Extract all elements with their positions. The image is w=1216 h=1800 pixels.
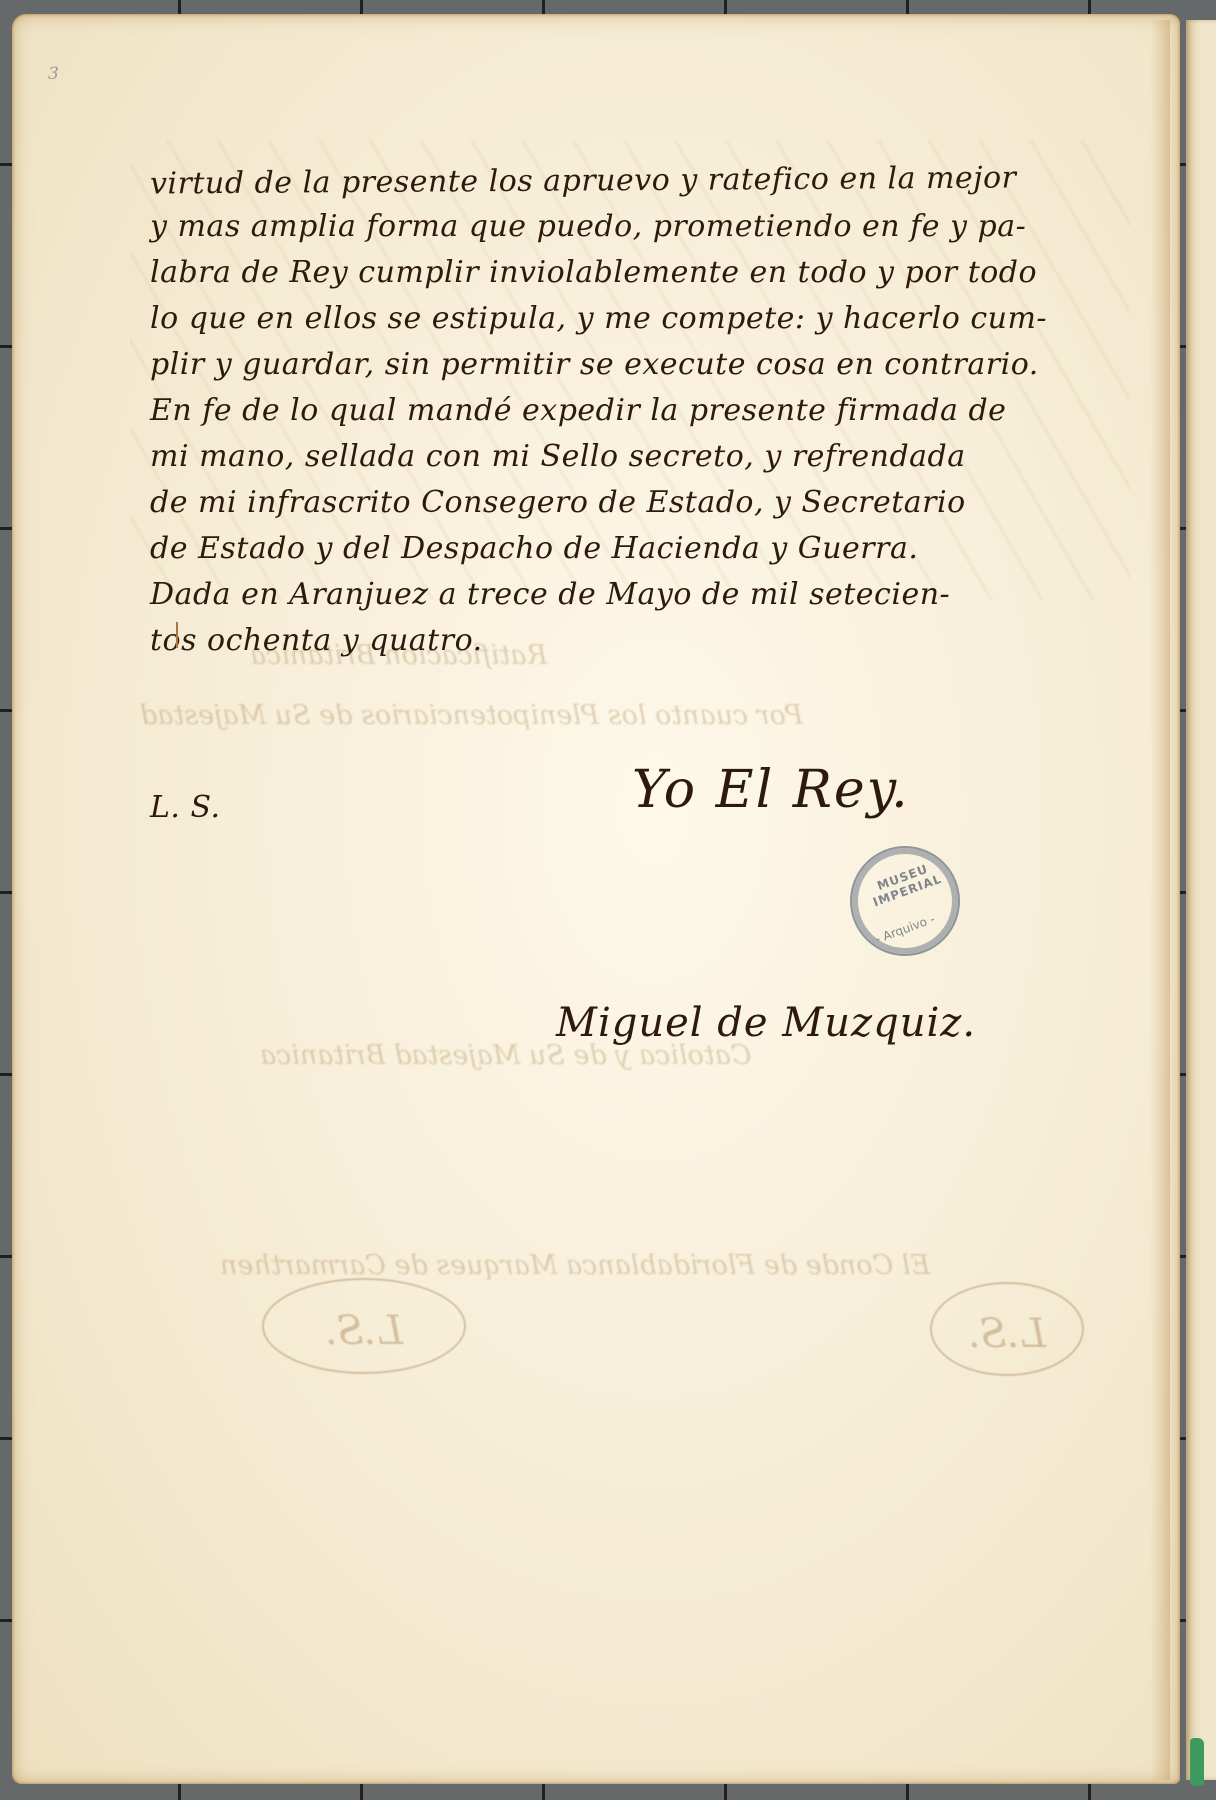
museum-archive-stamp: MUSEU IMPERIAL - Arquivo -	[850, 846, 960, 956]
seal-mark: L.S.	[264, 1308, 464, 1354]
royal-signature: Yo El Rey.	[632, 760, 910, 820]
text-line: mi mano, sellada con mi Sello secreto, y…	[150, 434, 1150, 480]
ratification-text: virtud de la presente los apruevo y rate…	[150, 158, 1150, 664]
text-line: y mas amplia forma que puedo, prometiend…	[150, 204, 1150, 250]
text-line: virtud de la presente los apruevo y rate…	[150, 155, 1150, 208]
bleed-through-seal: L.S.	[262, 1278, 466, 1374]
text-line: Dada en Aranjuez a trece de Mayo de mil …	[150, 572, 1150, 618]
green-marker-tab	[1190, 1738, 1204, 1786]
text-line: tos ochenta y quatro.	[150, 618, 1150, 664]
stamp-top-text: MUSEU IMPERIAL	[850, 853, 959, 916]
facing-page-edge	[1186, 20, 1216, 1780]
bleed-through-line: Por cuanto los Plenipotenciarios de Su M…	[140, 700, 803, 731]
text-line: lo que en ellos se estipula, y me compet…	[150, 296, 1150, 342]
text-line: de Estado y del Despacho de Hacienda y G…	[150, 526, 1150, 572]
minister-signature: Miguel de Muzquiz.	[556, 1000, 976, 1046]
bleed-through-line: El Conde de Floridablanca Marques de Car…	[220, 1250, 930, 1281]
text-line: En fe de lo qual mandé expedir la presen…	[150, 388, 1150, 434]
folio-number: 3	[48, 64, 59, 84]
text-line: de mi infrascrito Consegero de Estado, y…	[150, 480, 1150, 526]
ink-mark	[176, 622, 178, 648]
bleed-through-seal: L.S.	[930, 1282, 1084, 1376]
text-line: labra de Rey cumplir inviolablemente en …	[150, 250, 1150, 296]
text-line: plir y guardar, sin permitir se execute …	[150, 342, 1150, 388]
gutter-shadow	[1150, 20, 1170, 1780]
locus-sigilli: L. S.	[150, 790, 221, 825]
seal-mark: L.S.	[932, 1311, 1082, 1357]
